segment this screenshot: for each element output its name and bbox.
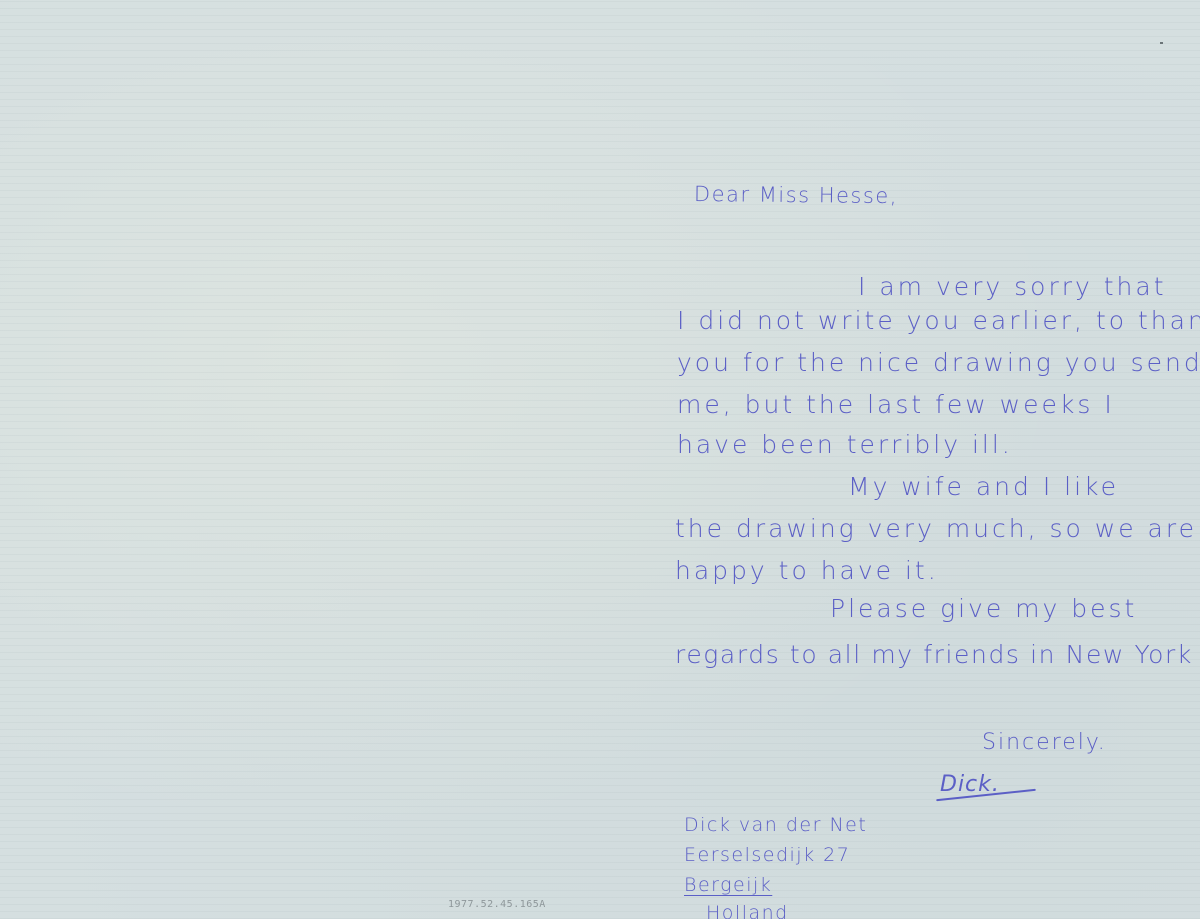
- accession-number: 1977.52.45.165A: [448, 899, 546, 910]
- sender-town: Bergeijk: [684, 874, 772, 896]
- body-line: My wife and I like: [848, 472, 1119, 501]
- sender-name: Dick van der Net: [684, 814, 867, 836]
- sender-street: Eerselsedijk 27: [684, 844, 850, 866]
- paper-speck: [1160, 42, 1163, 44]
- letter-paper: [0, 0, 1200, 919]
- body-line: me, but the last few weeks I: [677, 390, 1115, 419]
- body-line: Please give my best: [830, 594, 1137, 623]
- signature: Dick.: [940, 772, 1000, 797]
- closing: Sincerely.: [982, 730, 1107, 755]
- body-line: have been terribly ill.: [677, 430, 1013, 459]
- body-line: the drawing very much, so we are: [675, 514, 1197, 543]
- sender-country: Holland: [706, 902, 789, 919]
- body-line: you for the nice drawing you send: [677, 348, 1200, 377]
- body-line: regards to all my friends in New York: [675, 640, 1193, 669]
- body-line: I did not write you earlier, to thank: [677, 306, 1200, 335]
- body-line: I am very sorry that: [858, 272, 1167, 301]
- body-line: happy to have it.: [675, 556, 939, 585]
- salutation: Dear Miss Hesse,: [694, 182, 898, 208]
